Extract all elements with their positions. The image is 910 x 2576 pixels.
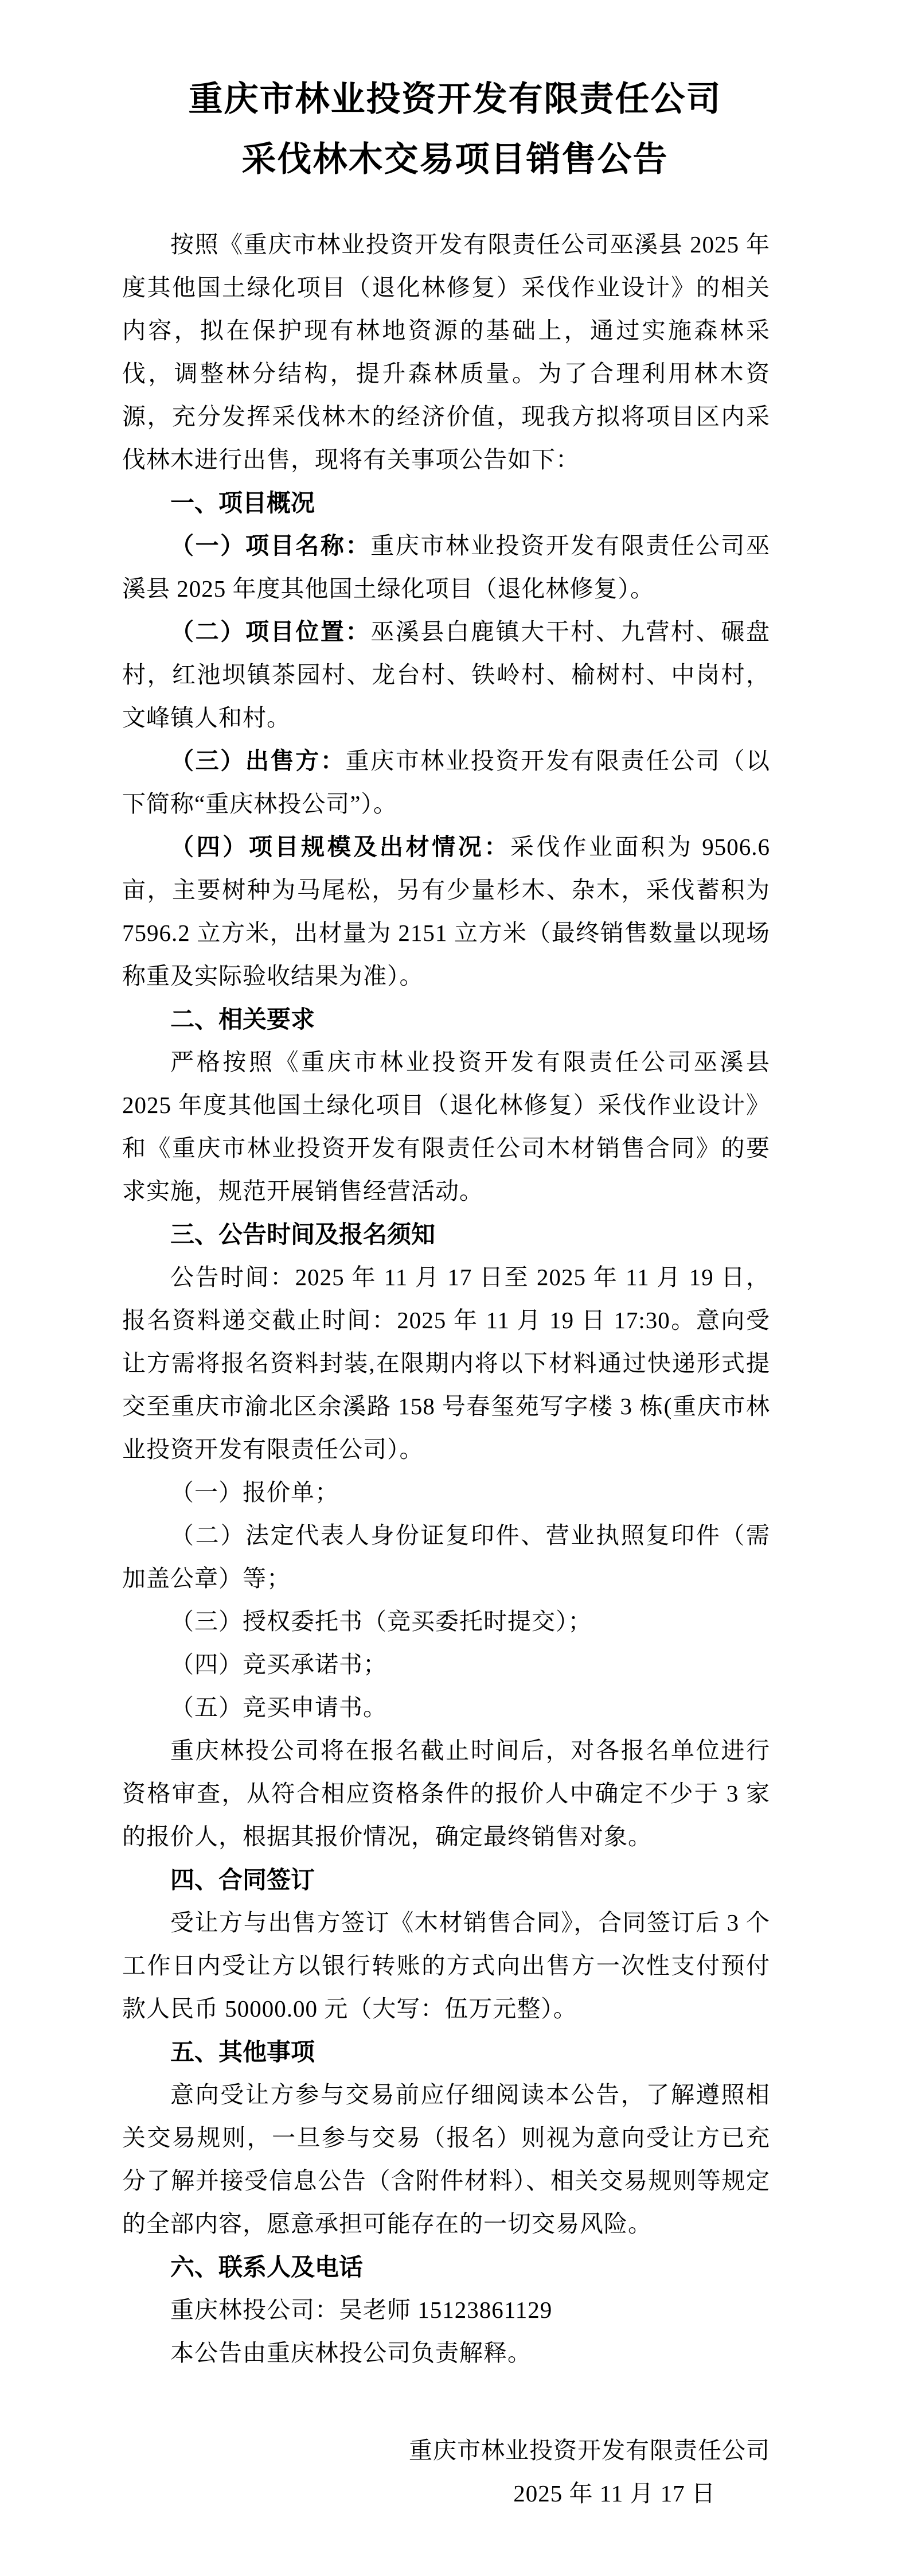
contact-line: 重庆林投公司：吴老师 15123861129 (122, 2289, 770, 2332)
material-item-authorization: （三）授权委托书（竞买委托时提交）； (122, 1600, 770, 1643)
item-project-name: （一）项目名称：重庆市林业投资开发有限责任公司巫溪县 2025 年度其他国土绿化… (122, 524, 770, 610)
announcement-page: 重庆市林业投资开发有限责任公司 采伐林木交易项目销售公告 按照《重庆市林业投资开… (0, 0, 910, 2576)
item-project-location: （二）项目位置：巫溪县白鹿镇大干村、九营村、碾盘村，红池坝镇茶园村、龙台村、铁岭… (122, 610, 770, 740)
intro-paragraph: 按照《重庆市林业投资开发有限责任公司巫溪县 2025 年度其他国土绿化项目（退化… (122, 223, 770, 481)
requirements-paragraph: 严格按照《重庆市林业投资开发有限责任公司巫溪县 2025 年度其他国土绿化项目（… (122, 1041, 770, 1213)
qualification-review-paragraph: 重庆林投公司将在报名截止时间后，对各报名单位进行资格审查，从符合相应资格条件的报… (122, 1729, 770, 1858)
material-item-application: （五）竞买申请书。 (122, 1686, 770, 1729)
section-heading-project-overview: 一、项目概况 (122, 481, 770, 524)
interpretation-line: 本公告由重庆林投公司负责解释。 (122, 2332, 770, 2375)
document-footer: 重庆市林业投资开发有限责任公司 2025 年 11 月 17 日 (122, 2429, 770, 2515)
material-item-id-license: （二）法定代表人身份证复印件、营业执照复印件（需加盖公章）等； (122, 1514, 770, 1600)
material-item-commitment: （四）竞买承诺书； (122, 1643, 770, 1686)
document-title-line-1: 重庆市林业投资开发有限责任公司 (0, 69, 910, 130)
document-title: 重庆市林业投资开发有限责任公司 采伐林木交易项目销售公告 (0, 69, 910, 190)
section-heading-other-matters: 五、其他事项 (122, 2030, 770, 2073)
section-heading-schedule-registration: 三、公告时间及报名须知 (122, 1213, 770, 1256)
item-project-scale-label: （四）项目规模及出材情况： (170, 834, 510, 860)
item-project-location-label: （二）项目位置： (170, 618, 370, 645)
section-heading-contact: 六、联系人及电话 (122, 2246, 770, 2289)
document-title-line-2: 采伐林木交易项目销售公告 (0, 130, 910, 190)
material-item-quotation: （一）报价单； (122, 1471, 770, 1514)
section-heading-contract-signing: 四、合同签订 (122, 1858, 770, 1901)
item-seller-label: （三）出售方： (170, 748, 346, 774)
footer-company-name: 重庆市林业投资开发有限责任公司 (122, 2429, 770, 2472)
footer-date: 2025 年 11 月 17 日 (122, 2472, 770, 2515)
item-seller: （三）出售方：重庆市林业投资开发有限责任公司（以下简称“重庆林投公司”）。 (122, 740, 770, 826)
section-heading-requirements: 二、相关要求 (122, 998, 770, 1041)
item-project-scale: （四）项目规模及出材情况：采伐作业面积为 9506.6 亩，主要树种为马尾松，另… (122, 826, 770, 998)
document-body: 按照《重庆市林业投资开发有限责任公司巫溪县 2025 年度其他国土绿化项目（退化… (122, 223, 770, 2375)
contract-paragraph: 受让方与出售方签订《木材销售合同》，合同签订后 3 个工作日内受让方以银行转账的… (122, 1901, 770, 2030)
schedule-paragraph: 公告时间：2025 年 11 月 17 日至 2025 年 11 月 19 日，… (122, 1256, 770, 1471)
other-matters-paragraph: 意向受让方参与交易前应仔细阅读本公告，了解遵照相关交易规则，一旦参与交易（报名）… (122, 2073, 770, 2246)
item-project-name-label: （一）项目名称： (170, 532, 370, 559)
